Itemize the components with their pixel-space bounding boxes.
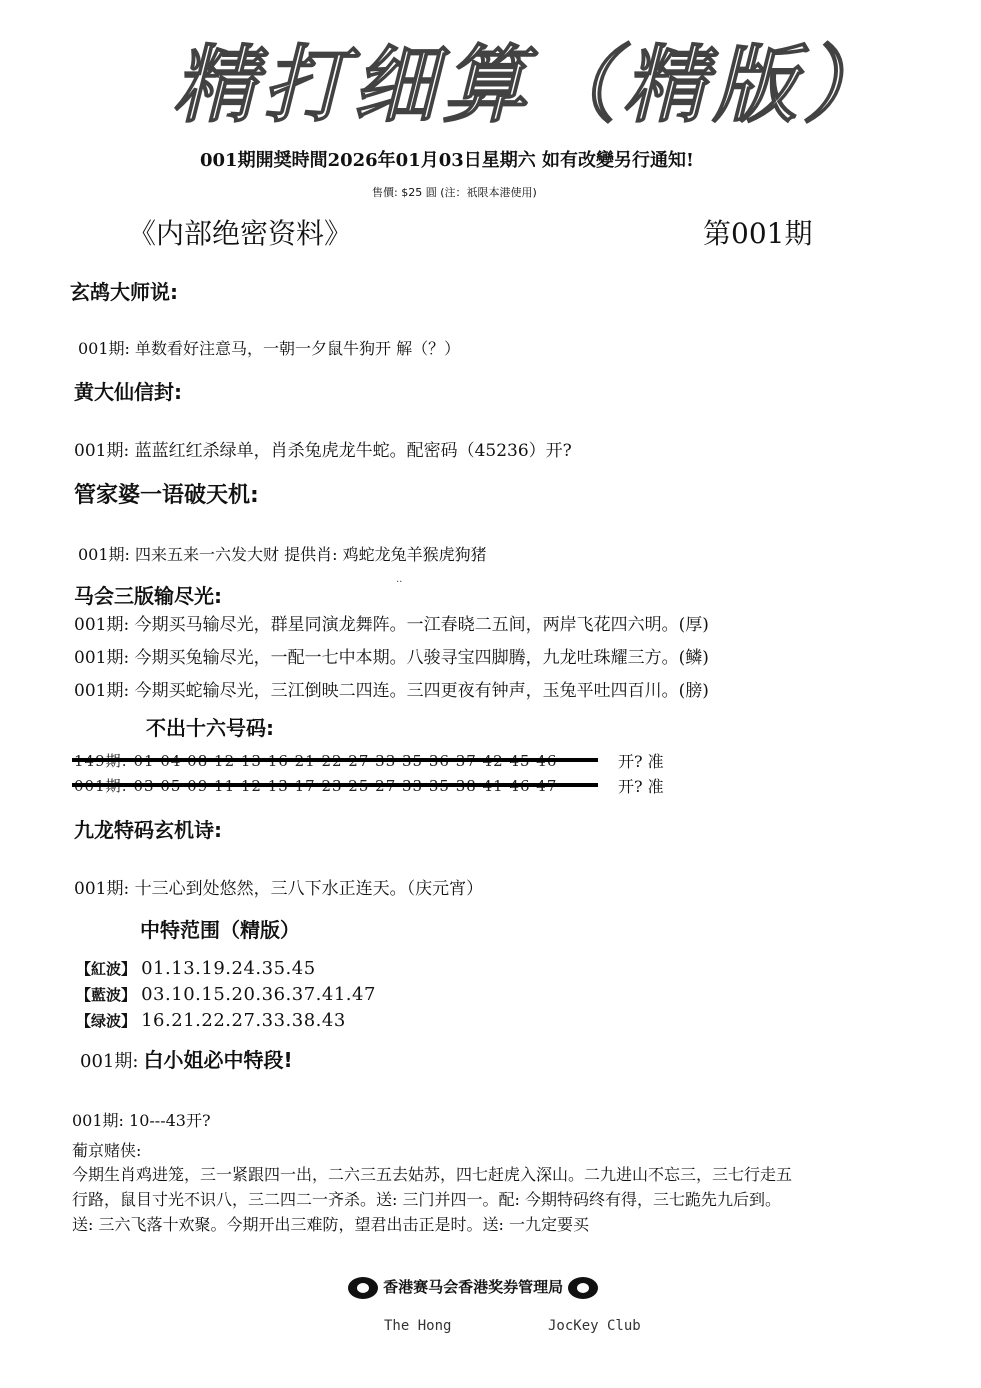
- wave-row-blue: 【藍波】 03.10.15.20.36.37.41.47: [76, 984, 376, 1005]
- draw-notice: 001期開奨時間2026年01月03日星期六 如有改變另行通知!: [200, 146, 694, 172]
- wave-label: 【紅波】: [76, 960, 136, 978]
- mahui-line: 001期: 今期买马输尽光，群星同演龙舞阵。一江春晓二五间，两岸飞花四六明。(厚…: [74, 610, 709, 635]
- pujing-line: 送: 三六飞落十欢聚。今期开出三难防，望君出击正是时。送: 一九定要买: [72, 1212, 589, 1235]
- wave-numbers: 03.10.15.20.36.37.41.47: [141, 984, 376, 1005]
- guanjiapo-line: 001期: 四来五来一六发大财 提供肖: 鸡蛇龙兔羊猴虎狗猪: [78, 542, 487, 565]
- jiulong-line: 001期: 十三心到处悠然，三八下水正连天。（庆元宵）: [74, 874, 483, 899]
- wave-row-green: 【绿波】 16.21.22.27.33.38.43: [76, 1010, 346, 1031]
- section-heading-huangdaxian: 黄大仙信封:: [74, 376, 182, 405]
- wave-numbers: 16.21.22.27.33.38.43: [141, 1010, 346, 1031]
- wave-label: 【绿波】: [76, 1012, 136, 1030]
- xuanji-line: 001期: 单数看好注意马，一朝一夕鼠牛狗开 解（？）: [78, 336, 460, 359]
- huangdaxian-line: 001期: 蓝蓝红红杀绿单，肖杀兔虎龙牛蛇。配密码（45236）开?: [74, 436, 572, 461]
- baixiaojie-line: 001期: 白小姐必中特段!: [80, 1044, 293, 1073]
- footer-en-left: The Hong: [384, 1318, 451, 1334]
- section-heading-mahui: 马会三版输尽光:: [74, 580, 222, 609]
- doc-title: 《内部绝密资料》: [128, 212, 352, 252]
- section-heading-buchu: 不出十六号码:: [146, 712, 274, 741]
- footer-org: 香港赛马会香港奖券管理局: [348, 1276, 598, 1299]
- mahui-line: 001期: 今期买蛇输尽光，三江倒映二四连。三四更夜有钟声，玉兔平吐四百川。(膀…: [74, 676, 709, 701]
- price-note: 售價: $25 圓 (注：祇限本港使用): [372, 184, 537, 200]
- row-result: 开? 准: [618, 749, 664, 772]
- pujing-line: 行路，鼠目寸光不识八，三二四二一齐杀。送: 三门并四一。配: 今期特码终有得，三…: [72, 1187, 781, 1210]
- footer-org-name: 香港赛马会香港奖券管理局: [383, 1278, 563, 1296]
- stray-dots: ..: [396, 574, 402, 585]
- wave-label: 【藍波】: [76, 986, 136, 1004]
- wave-numbers: 01.13.19.24.35.45: [141, 958, 316, 979]
- jockey-club-logo-icon: [348, 1277, 378, 1299]
- section-heading-pujing: 葡京赌侠:: [72, 1138, 141, 1161]
- strikethrough-line: [72, 758, 598, 762]
- row-result: 开? 准: [618, 774, 664, 797]
- section-heading-xuanji: 玄鸪大师说:: [70, 276, 178, 305]
- jockey-club-logo-icon: [568, 1277, 598, 1299]
- baixiaojie-prefix: 001期:: [80, 1051, 138, 1072]
- pujing-line: 今期生肖鸡进笼，三一紧跟四一出，二六三五去姑苏，四七赶虎入深山。二九进山不忘三，…: [72, 1162, 792, 1185]
- banner-title: 精打细算（精版）: [180, 30, 780, 140]
- footer-en-right: JocKey Club: [548, 1318, 641, 1334]
- mahui-line: 001期: 今期买兔输尽光，一配一七中本期。八骏寻宝四脚腾，九龙吐珠耀三方。(鳞…: [74, 643, 709, 668]
- range-line: 001期: 10---43开?: [72, 1108, 211, 1131]
- baixiaojie-text: 白小姐必中特段!: [144, 1048, 293, 1072]
- section-heading-zhongte: 中特范围（精版）: [140, 914, 300, 943]
- strikethrough-line: [72, 783, 598, 787]
- issue-number: 第001期: [703, 212, 812, 252]
- wave-row-red: 【紅波】 01.13.19.24.35.45: [76, 958, 316, 979]
- banner-title-text: 精打细算（精版）: [166, 30, 913, 140]
- section-heading-jiulong: 九龙特码玄机诗:: [74, 814, 222, 843]
- section-heading-guanjiapo: 管家婆一语破天机:: [74, 478, 259, 509]
